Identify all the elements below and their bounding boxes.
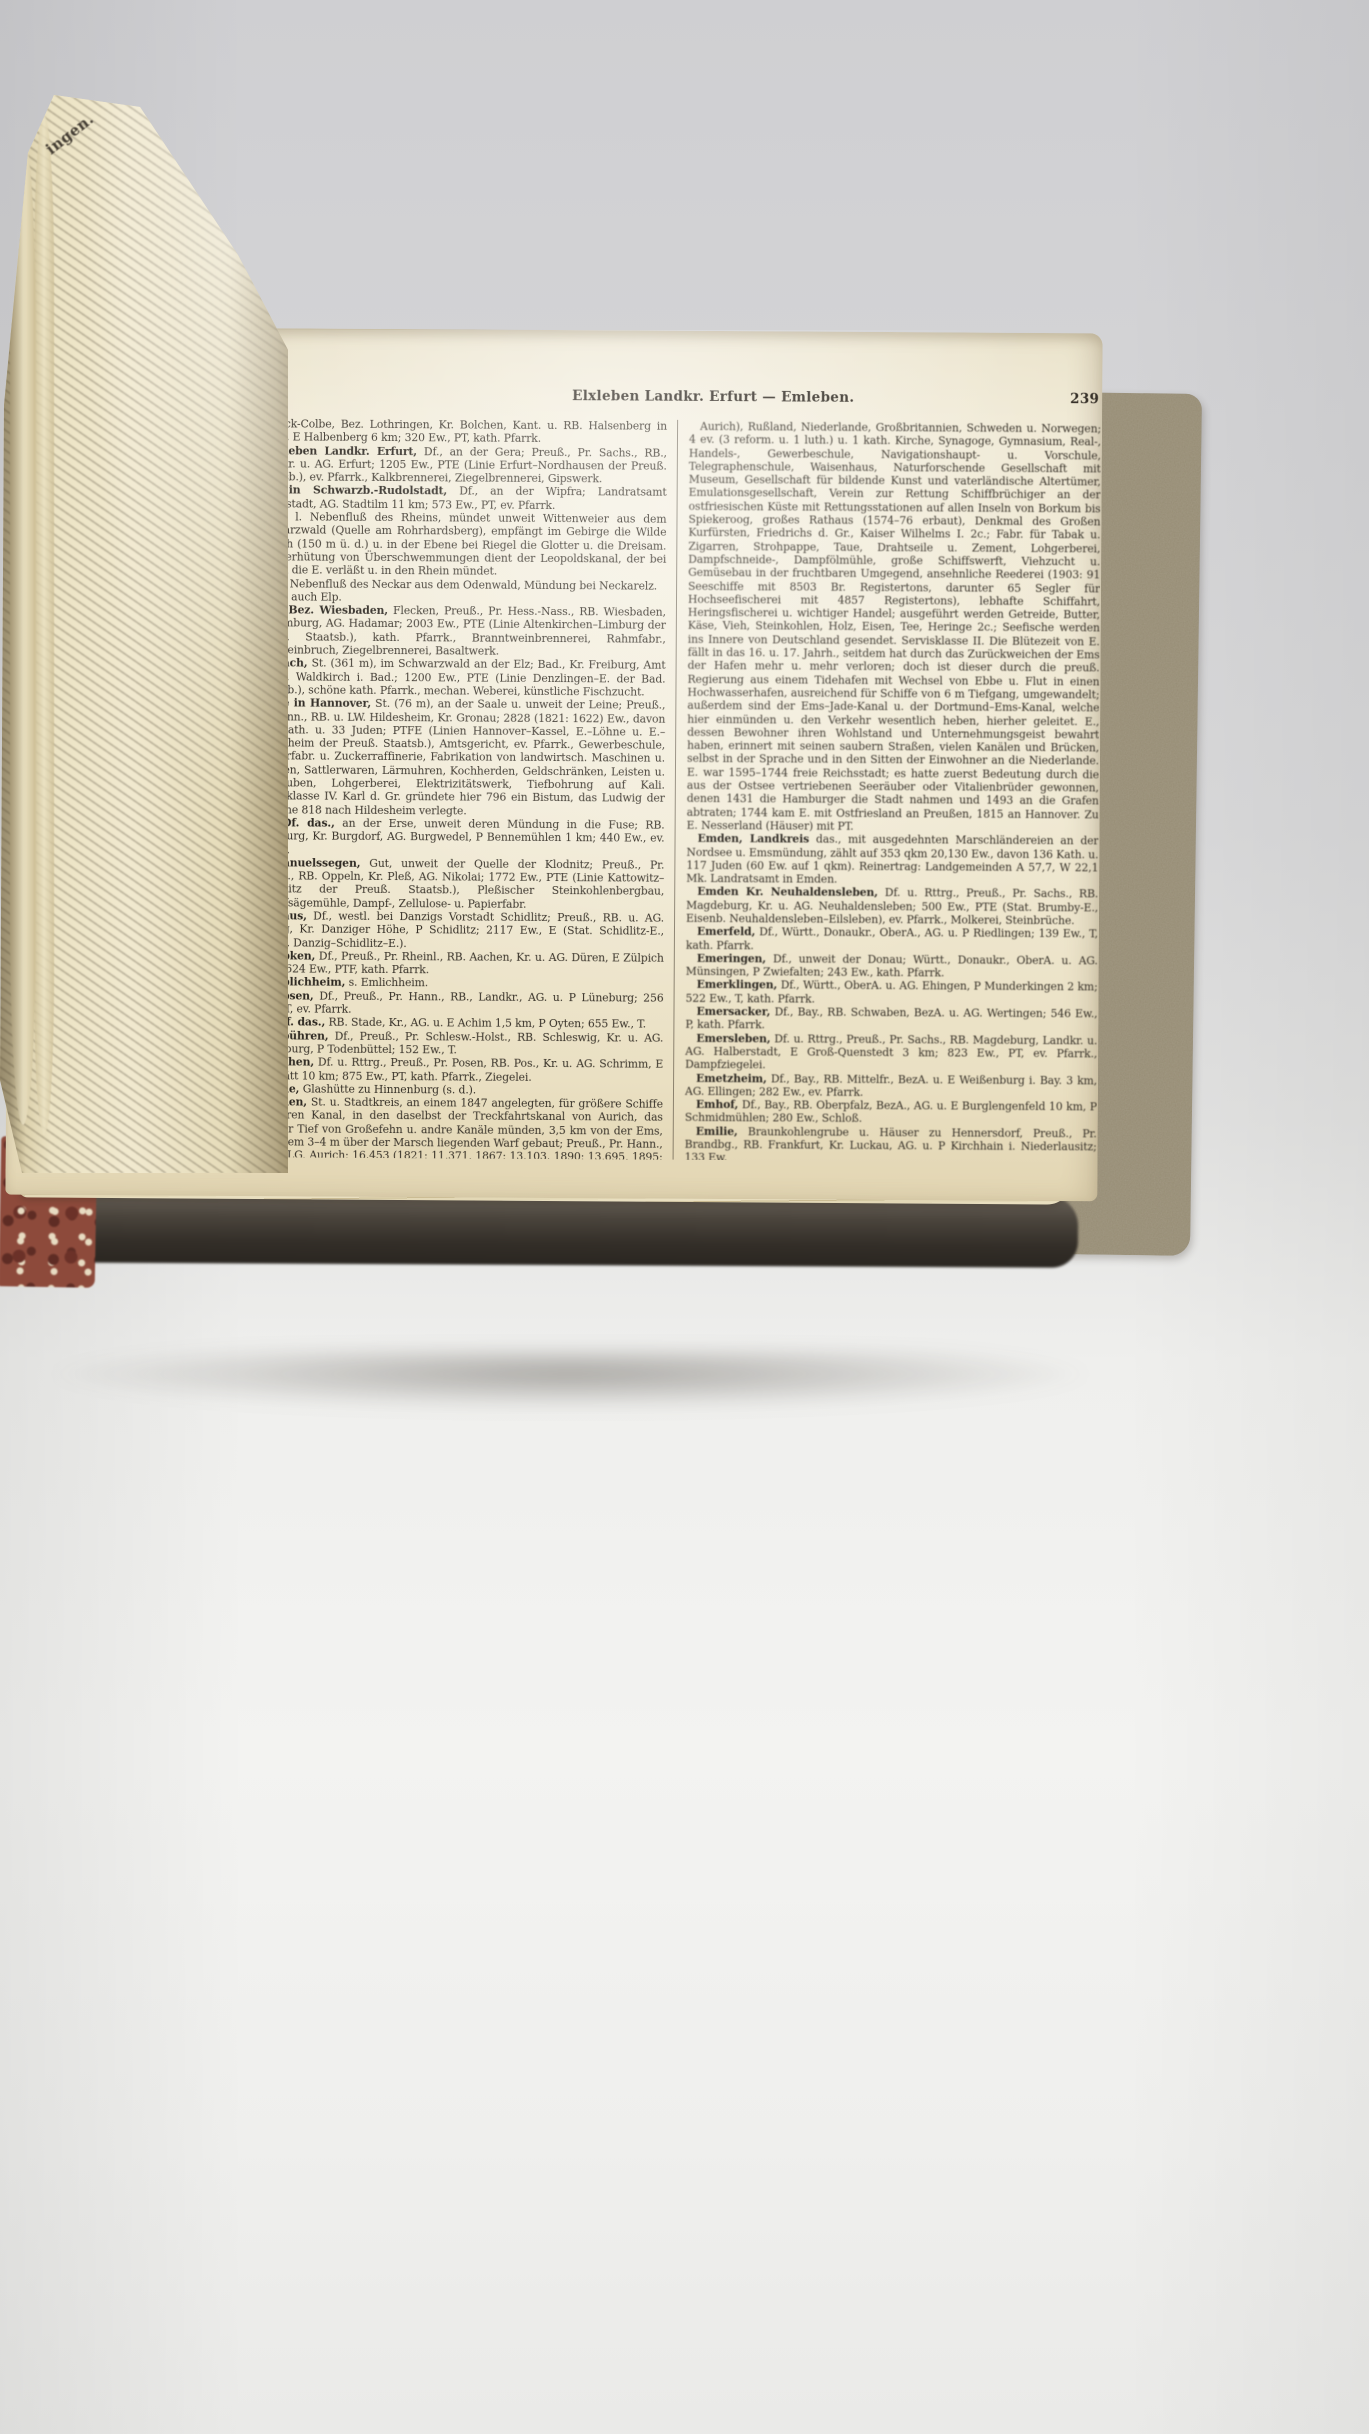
running-header: Elxleben Landkr. Erfurt — Emleben. xyxy=(572,388,854,406)
entry-text: St. (76 m), an der Saale u. unweit der L… xyxy=(253,697,666,817)
gazetteer-entry: Elze in Hannover, St. (76 m), an der Saa… xyxy=(253,696,666,818)
gazetteer-entry: Elzach, St. (361 m), im Schwarzwald an d… xyxy=(253,657,665,699)
gazetteer-entry: Elxleben Landkr. Erfurt, Df., an der Ger… xyxy=(255,444,667,486)
gazetteer-entry: Emanuelssegen, Gut, unweit der Quelle de… xyxy=(252,856,664,912)
entry-text: St. u. Stadtkreis, an einem 1847 angeleg… xyxy=(251,1096,663,1163)
page-content: Elxleben Landkr. Erfurt — Emleben. 239 G… xyxy=(251,386,1102,1162)
entry-text: Df., westl. bei Danzigs Vorstadt Schidli… xyxy=(252,910,664,950)
gazetteer-entry: — Df. das., an der Erse, unweit deren Mü… xyxy=(252,816,664,858)
entry-headword: Emhof, xyxy=(696,1098,738,1111)
gazetteer-entry: Aurich), Rußland, Niederlande, Großbrita… xyxy=(687,420,1102,835)
entry-headword: Emersleben, xyxy=(696,1032,770,1045)
page-edge-sheet xyxy=(34,115,54,1135)
gazetteer-entry: Emilie, Braunkohlengrube u. Häuser zu He… xyxy=(685,1125,1097,1163)
entry-headword: Emden, Landkreis xyxy=(698,832,810,846)
entry-text: St. (361 m), im Schwarzwald an der Elz; … xyxy=(253,657,665,699)
entry-headword: Emeringen, xyxy=(697,952,766,965)
entry-text: Aurich), Rußland, Niederlande, Großbrita… xyxy=(687,420,1102,833)
gazetteer-entry: Emersleben, Df. u. Rttrg., Preuß., Pr. S… xyxy=(685,1031,1097,1073)
gazetteer-entry: Embsen, Df., Preuß., Pr. Hann., RB., Lan… xyxy=(251,989,663,1018)
entry-text: l. Nebenfluß des Rheins, mündet unweit W… xyxy=(254,510,666,577)
gazetteer-entry: Embken, Df., Preuß., Pr. Rheinl., RB. Aa… xyxy=(252,949,664,978)
gazetteer-entry: Emden, St. u. Stadtkreis, an einem 1847 … xyxy=(251,1095,663,1162)
entry-text: s. auch Elp. xyxy=(279,590,342,603)
running-header-row: Elxleben Landkr. Erfurt — Emleben. 239 xyxy=(255,386,1101,413)
gazetteer-entry: Emchen, Df. u. Rttrg., Preuß., Pr. Posen… xyxy=(251,1055,663,1084)
entry-text: Df., Preuß., Pr. Hann., RB., Landkr., AG… xyxy=(251,989,663,1015)
gazetteer-entry: Emerfeld, Df., Württ., Donaukr., OberA.,… xyxy=(686,925,1098,954)
entry-headword: Emilie, xyxy=(696,1125,738,1138)
gazetteer-entry: Embühren, Df., Preuß., Pr. Schlesw.-Hols… xyxy=(251,1029,663,1058)
entry-headword: — in Schwarzb.-Rudolstadt, xyxy=(266,484,448,498)
entry-headword: Emerklingen, xyxy=(697,978,778,991)
book-shadow xyxy=(40,1350,1100,1410)
book: Elxleben Landkr. Erfurt — Emleben. 239 G… xyxy=(0,95,1240,1305)
gazetteer-entry: Emersacker, Df., Bay., RB. Schwaben, Bez… xyxy=(685,1005,1097,1034)
book-photo-scene: Elxleben Landkr. Erfurt — Emleben. 239 G… xyxy=(0,0,1369,2434)
entry-text: s. Emlichheim. xyxy=(349,976,429,989)
entry-headword: Elxleben Landkr. Erfurt, xyxy=(266,444,417,458)
entry-text: Glashütte zu Hinnenburg (s. d.). xyxy=(303,1082,477,1096)
curled-page-edges xyxy=(0,95,288,1173)
right-column: Aurich), Rußland, Niederlande, Großbrita… xyxy=(674,420,1102,1163)
entry-text: Glück-Colbe, Bez. Lothringen, Kr. Bolche… xyxy=(255,417,667,445)
gazetteer-entry: Emetzheim, Df., Bay., RB. Mittelfr., Bez… xyxy=(685,1071,1097,1100)
text-columns: Glück-Colbe, Bez. Lothringen, Kr. Bolche… xyxy=(251,417,1102,1162)
gazetteer-entry: Elz, l. Nebenfluß des Rheins, mündet unw… xyxy=(254,510,666,579)
entry-headword: Emerfeld, xyxy=(697,925,755,938)
entry-headword: Emersacker, xyxy=(696,1005,770,1018)
gazetteer-entry: Glück-Colbe, Bez. Lothringen, Kr. Bolche… xyxy=(255,417,667,446)
gazetteer-entry: — in Schwarzb.-Rudolstadt, Df., an der W… xyxy=(255,484,667,513)
gazetteer-entry: Emhof, Df., Bay., RB. Oberpfalz, BezA., … xyxy=(685,1098,1097,1127)
entry-text: Df., Bay., RB. Oberpfalz, BezA., AG. u. … xyxy=(685,1098,1097,1125)
entry-headword: Emetzheim, xyxy=(696,1071,767,1084)
gazetteer-entry: Emerklingen, Df., Württ., OberA. u. AG. … xyxy=(686,978,1098,1007)
gazetteer-entry: Emaus, Df., westl. bei Danzigs Vorstadt … xyxy=(252,909,664,951)
page-number: 239 xyxy=(1070,391,1099,407)
gazetteer-entry: Elz Bez. Wiesbaden, Flecken, Preuß., Pr.… xyxy=(254,603,666,659)
entry-headword: Emden Kr. Neuhaldensleben, xyxy=(697,885,878,899)
gazetteer-entry: Emden, Landkreis das., mit ausgedehnten … xyxy=(686,832,1098,888)
page-edge-sheet xyxy=(10,135,36,1125)
left-column: Glück-Colbe, Bez. Lothringen, Kr. Bolche… xyxy=(251,417,678,1160)
gazetteer-entry: Emeringen, Df., unweit der Donau; Württ.… xyxy=(686,952,1098,981)
entry-text: Braunkohlengrube u. Häuser zu Hennersdor… xyxy=(685,1125,1097,1162)
gazetteer-entry: Emden Kr. Neuhaldensleben, Df. u. Rttrg.… xyxy=(686,885,1098,927)
